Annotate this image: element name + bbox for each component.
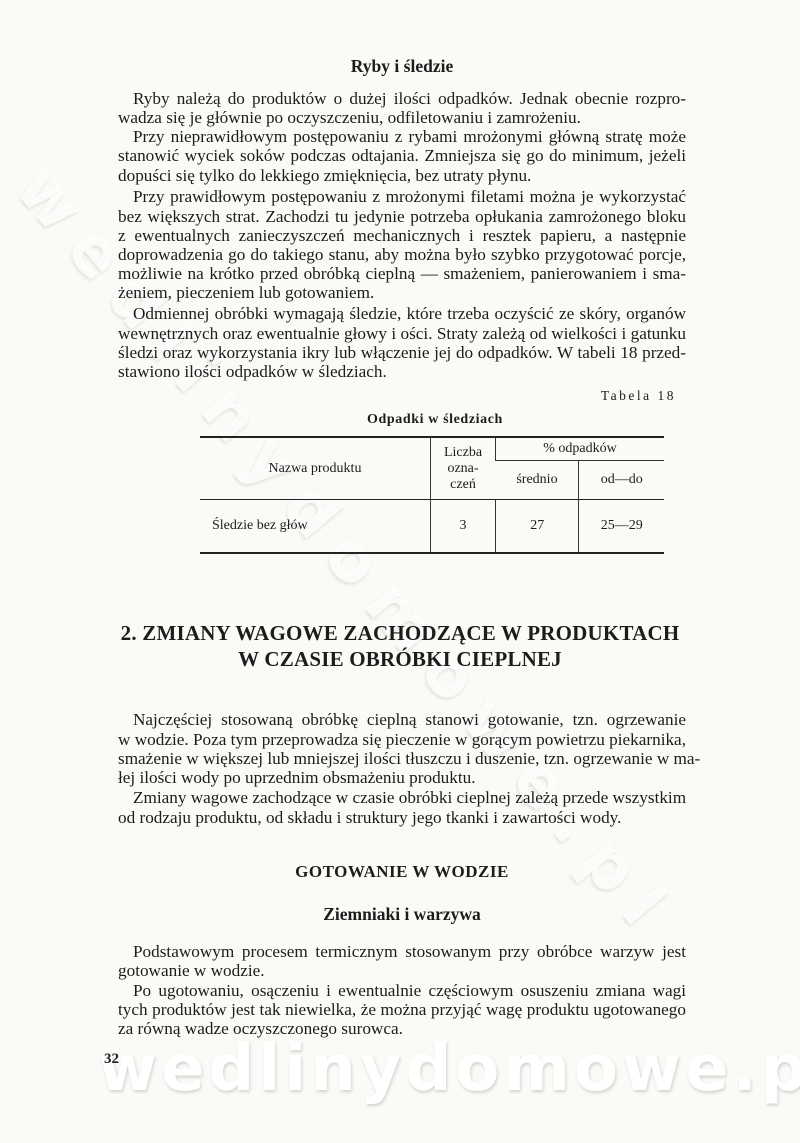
- paragraph-line: żeniem, pieczeniem lub gotowaniem.: [118, 283, 686, 303]
- section-title-boiling: GOTOWANIE W WODZIE: [118, 862, 686, 882]
- paragraph-line: możliwie na krótko przed obróbką cieplną…: [118, 264, 686, 284]
- paragraph-line: stawiono ilości odpadków w śledziach.: [118, 362, 686, 382]
- footer-watermark: wedlinydomowe.pl: [98, 1032, 800, 1106]
- paragraph-line: z ewentualnych zanieczyszczeń mechaniczn…: [118, 226, 686, 246]
- paragraph-line: śledzi oraz wykorzystania ikry lub włącz…: [118, 343, 686, 363]
- paragraph-line: Najczęściej stosowaną obróbkę cieplną st…: [133, 710, 686, 730]
- table-title: Odpadki w śledziach: [200, 412, 670, 428]
- paragraph-line: łej ilości wody po uprzednim obsmażeniu …: [118, 768, 686, 788]
- cell-name: Śledzie bez głów: [200, 500, 431, 554]
- section-title-fish: Ryby i śledzie: [118, 56, 686, 76]
- col-header-name: Nazwa produktu: [200, 437, 431, 500]
- paragraph-line: bez większych strat. Zachodzi tu jedynie…: [118, 207, 686, 227]
- table-label: Tabela 18: [480, 388, 676, 404]
- paragraph-line: smażenie w większej lub mniejszej ilości…: [118, 749, 686, 769]
- paragraph-line: Odmiennej obróbki wymagają śledzie, któr…: [133, 304, 686, 324]
- paragraph-line: Zmiany wagowe zachodzące w czasie obróbk…: [133, 788, 686, 808]
- paragraph-line: Ryby należą do produktów o dużej ilości …: [133, 89, 686, 109]
- book-page: wedlinydomowe.pl Ryby i śledzie Ryby nal…: [0, 0, 800, 1143]
- paragraph-line: doprowadzenia go do takiego stanu, aby m…: [118, 245, 686, 265]
- col-header-count: Liczba ozna- czeń: [431, 437, 496, 500]
- col-header-avg: średnio: [496, 461, 579, 500]
- paragraph-line: Po ugotowaniu, osączeniu i ewentualnie c…: [133, 981, 686, 1001]
- chapter-title-line1: 2. ZMIANY WAGOWE ZACHODZĄCE W PRODUKTACH: [100, 620, 700, 646]
- paragraph-line: w wodzie. Poza tym przeprowadza się piec…: [118, 730, 686, 750]
- paragraph-line: wadza się je głównie po oczyszczeniu, od…: [118, 108, 686, 128]
- paragraph-line: dopuści się tylko do lekkiego zmięknięci…: [118, 166, 686, 186]
- section-subtitle-vegetables: Ziemniaki i warzywa: [118, 904, 686, 924]
- chapter-title-line2: W CZASIE OBRÓBKI CIEPLNEJ: [100, 646, 700, 672]
- paragraph-line: tych produktów jest tak niewielka, że mo…: [118, 1000, 686, 1020]
- cell-avg: 27: [496, 500, 579, 554]
- col-header-group: % odpadków: [496, 437, 665, 461]
- cell-range: 25—29: [579, 500, 664, 554]
- paragraph-line: Przy prawidłowym postępowaniu z mrożonym…: [133, 187, 686, 207]
- paragraph-line: stanowić wyciek soków podczas odtajania.…: [118, 146, 686, 166]
- table-row: Śledzie bez głów 3 27 25—29: [200, 500, 664, 554]
- paragraph-line: Podstawowym procesem termicznym stosowan…: [133, 942, 686, 962]
- waste-table: Nazwa produktu Liczba ozna- czeń % odpad…: [200, 436, 664, 554]
- paragraph-line: wewnętrznych oraz ewentualnie głowy i oś…: [118, 324, 686, 344]
- paragraph-line: Przy nieprawidłowym postępowaniu z rybam…: [133, 127, 686, 147]
- paragraph-line: od rodzaju produktu, od składu i struktu…: [118, 808, 686, 828]
- col-header-range: od—do: [579, 461, 664, 500]
- paragraph-line: gotowanie w wodzie.: [118, 961, 686, 981]
- cell-count: 3: [431, 500, 496, 554]
- page-number: 32: [104, 1051, 119, 1068]
